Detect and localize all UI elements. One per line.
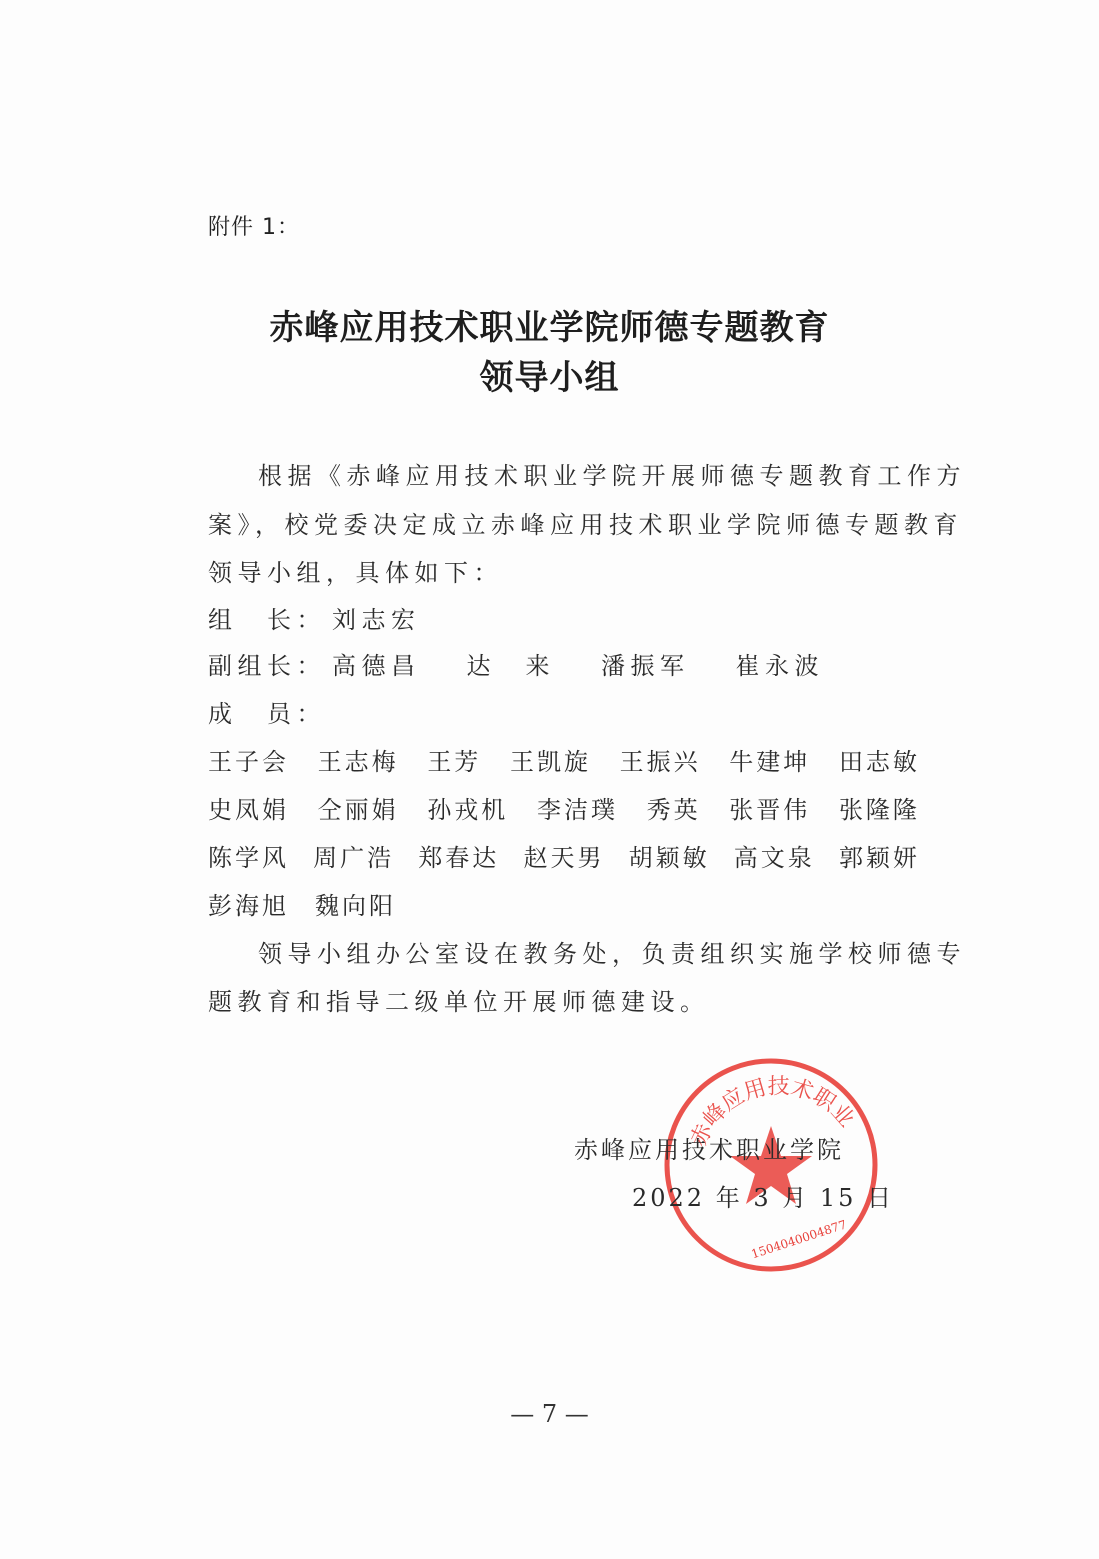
member-name: 周广浩 xyxy=(313,838,394,873)
deputy-name: 崔永波 xyxy=(736,646,825,681)
member-name: 仝丽娟 xyxy=(318,790,399,825)
signature-org: 赤峰应用技术职业学院 xyxy=(574,1130,844,1165)
member-name: 史凤娟 xyxy=(208,790,289,825)
deputy-row: 副组长： 高德昌 达 来 潘振军 崔永波 xyxy=(208,646,870,681)
member-name: 牛建坤 xyxy=(729,742,810,777)
member-name: 秀英 xyxy=(647,790,701,825)
member-name: 彭海旭 xyxy=(208,886,289,921)
member-name: 郭颖妍 xyxy=(839,838,920,873)
member-name: 赵天男 xyxy=(523,838,604,873)
member-name: 胡颖敏 xyxy=(629,838,710,873)
member-name: 孙戎机 xyxy=(427,790,508,825)
document-page: 附件 1： 赤峰应用技术职业学院师德专题教育 领导小组 根据《赤峰应用技术职业学… xyxy=(0,0,1099,1559)
document-title-line1: 赤峰应用技术职业学院师德专题教育 xyxy=(0,300,1099,349)
leader-name: 刘志宏 xyxy=(332,600,421,635)
intro-line3: 领导小组，具体如下： xyxy=(208,553,503,588)
member-name: 王芳 xyxy=(427,742,481,777)
member-name: 高文泉 xyxy=(734,838,815,873)
member-name: 陈学风 xyxy=(208,838,289,873)
signature-date: 2022 年 3 月 15 日 xyxy=(632,1178,894,1213)
page-number: — 7 — xyxy=(0,1400,1099,1428)
member-name: 郑春达 xyxy=(418,838,499,873)
document-title-line2: 领导小组 xyxy=(0,350,1099,399)
member-name: 张晋伟 xyxy=(729,790,810,825)
deputy-name: 达 来 xyxy=(467,646,556,681)
attachment-label: 附件 1： xyxy=(208,210,300,241)
leader-row: 组 长： 刘志宏 xyxy=(208,600,421,635)
member-name: 田志敏 xyxy=(839,742,920,777)
member-name: 王子会 xyxy=(208,742,289,777)
member-name: 王凯旋 xyxy=(510,742,591,777)
members-row-3: 陈学风 周广浩 郑春达 赵天男 胡颖敏 高文泉 郭颖妍 xyxy=(208,838,920,873)
member-name: 王志梅 xyxy=(318,742,399,777)
office-line1: 领导小组办公室设在教务处，负责组织实施学校师德专 xyxy=(258,934,966,969)
svg-text:1504040004877: 1504040004877 xyxy=(750,1217,849,1261)
deputy-name: 高德昌 xyxy=(332,646,421,681)
member-name: 李洁璞 xyxy=(537,790,618,825)
official-seal-icon: 赤峰应用技术职业学院 1504040004877 xyxy=(662,1056,880,1274)
members-row-1: 王子会 王志梅 王芳 王凯旋 王振兴 牛建坤 田志敏 xyxy=(208,742,920,777)
leader-label: 组 长： xyxy=(208,600,332,635)
deputy-name: 潘振军 xyxy=(601,646,690,681)
intro-line2: 案》，校党委决定成立赤峰应用技术职业学院师德专题教育 xyxy=(208,505,963,540)
members-label: 成 员： xyxy=(208,694,326,729)
member-name: 张隆隆 xyxy=(839,790,920,825)
members-row-2: 史凤娟 仝丽娟 孙戎机 李洁璞 秀英 张晋伟 张隆隆 xyxy=(208,790,920,825)
intro-line1: 根据《赤峰应用技术职业学院开展师德专题教育工作方 xyxy=(258,456,966,491)
member-name: 魏向阳 xyxy=(315,886,396,921)
office-line2: 题教育和指导二级单位开展师德建设。 xyxy=(208,982,710,1017)
members-row-4: 彭海旭 魏向阳 xyxy=(208,886,396,921)
deputy-label: 副组长： xyxy=(208,646,332,681)
member-name: 王振兴 xyxy=(620,742,701,777)
